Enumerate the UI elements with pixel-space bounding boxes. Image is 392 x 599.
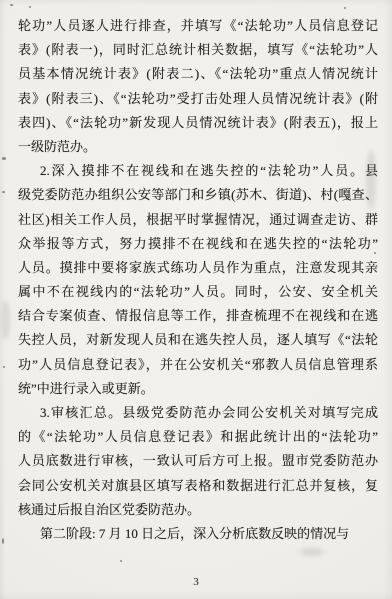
scan-speck <box>120 560 122 562</box>
document-text-line: 第二阶段: 7 月 10 日之后，深入分析底数反映的情况与 <box>18 522 378 546</box>
scan-smudge <box>366 150 376 210</box>
document-text-line: 3.审核汇总。县级党委防范办会同公安机关对填写完成 <box>18 401 378 425</box>
document-text-line: 会同公安机关对旗县区填写表格和数据进行汇总并复核，复 <box>18 474 378 498</box>
document-text-line: 的《“法轮功”人员信息登记表》和据此统计出的“法轮功” <box>18 425 378 449</box>
document-text-line: 社区)相关工作人员，根据平时掌握情况，通过调查走访、群 <box>18 208 378 232</box>
scan-speck <box>374 252 376 254</box>
document-text-line: 众举报等方式，努力摸排不在视线和在逃失控的“法轮功” <box>18 232 378 256</box>
scan-speck <box>3 366 5 368</box>
document-text-line: 一级防范办。 <box>18 135 378 159</box>
scan-smudge <box>300 548 324 556</box>
document-text-line: 结合专案侦查、情报信息等工作，排查梳理不在视线和在逃 <box>18 304 378 328</box>
document-text-line: 人员。摸排中要将家族式练功人员作为重点，注意发现其亲 <box>18 256 378 280</box>
document-text-line: 表》(附表一)，同时汇总统计相关数据，填写《“法轮功”人 <box>18 38 378 62</box>
scan-speck <box>29 6 31 8</box>
document-text-line: 功”人员信息登记表》，并在公安机关“邪教人员信息管理系 <box>18 353 378 377</box>
page-number: 3 <box>0 576 392 588</box>
document-text-line: 失控人员，对新发现人员和在逃失控人员，逐人填写《“法轮 <box>18 328 378 352</box>
document-body-text: 轮功”人员逐人进行排查，并填写《“法轮功”人员信息登记表》(附表一)，同时汇总统… <box>18 14 378 546</box>
scan-speck <box>2 157 6 160</box>
scan-speck <box>344 7 346 9</box>
scan-speck <box>10 4 13 6</box>
document-text-line: 表四)、《“法轮功”新发现人员情况统计表》(附表五)，报上 <box>18 111 378 135</box>
scan-speck <box>2 538 4 544</box>
scan-smudge <box>2 300 10 340</box>
scan-speck <box>2 191 5 193</box>
document-text-line: 轮功”人员逐人进行排查，并填写《“法轮功”人员信息登记 <box>18 14 378 38</box>
document-text-line: 属中不在视线内的“法轮功”人员。同时，公安、安全机关 <box>18 280 378 304</box>
document-text-line: 级党委防范办组织公安等部门和乡镇(苏木、街道)、村(嘎查、 <box>18 183 378 207</box>
document-text-line: 2.深入摸排不在视线和在逃失控的“法轮功”人员。县 <box>18 159 378 183</box>
document-text-line: 人员底数进行审核，一致认可后方可上报。盟市党委防范办 <box>18 449 378 473</box>
scanned-document-page: 轮功”人员逐人进行排查，并填写《“法轮功”人员信息登记表》(附表一)，同时汇总统… <box>0 0 392 599</box>
document-text-line: 核通过后报自治区党委防范办。 <box>18 498 378 522</box>
document-text-line: 员基本情况统计表》(附表二)、《“法轮功”重点人情况统计 <box>18 62 378 86</box>
document-text-line: 统”中进行录入或更新。 <box>18 377 378 401</box>
document-text-line: 表》(附表三)、《“法轮功”受打击处理人员情况统计表》(附 <box>18 87 378 111</box>
